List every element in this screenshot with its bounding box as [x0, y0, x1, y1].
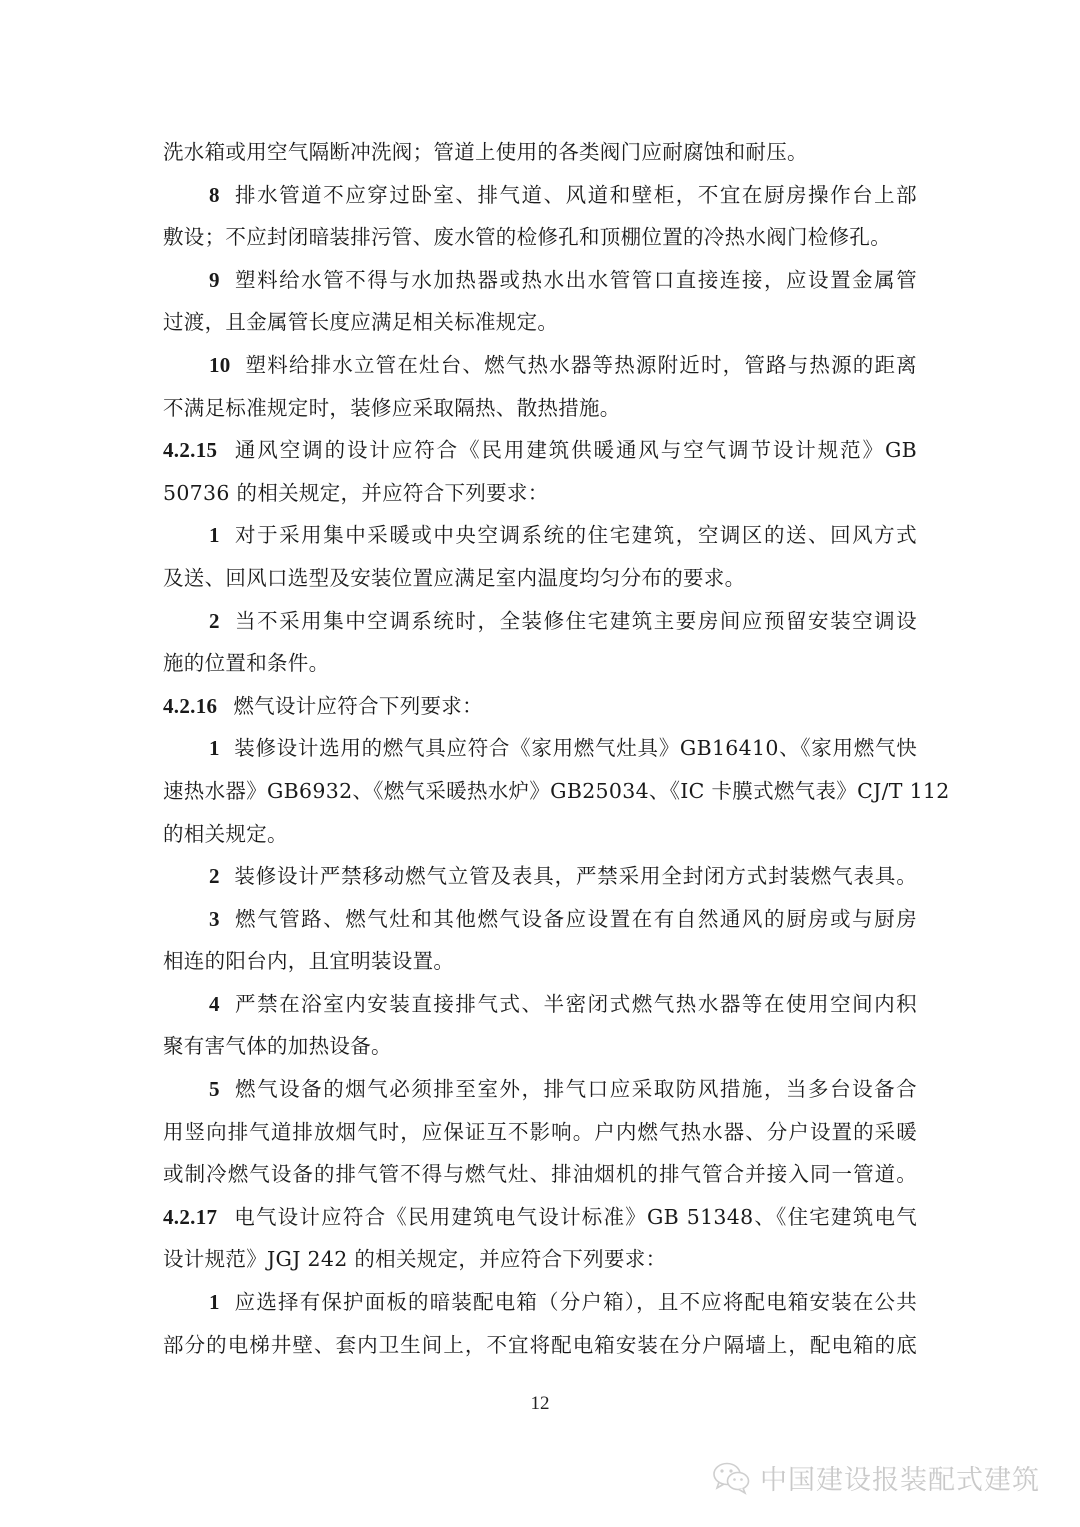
line-text: 应选择有保护面板的暗装配电箱（分户箱），且不应将配电箱安装在公共 — [234, 1290, 917, 1314]
line-text: 部分的电梯井壁、套内卫生间上，不宜将配电箱安装在分户隔墙上，配电箱的底 — [163, 1333, 917, 1357]
line-text: 排水管道不应穿过卧室、排气道、风道和壁柜，不宜在厨房操作台上部 — [234, 183, 917, 207]
line-text: 速热水器》GB6932、《燃气采暖热水炉》GB25034、《IC 卡膜式燃气表》… — [163, 779, 950, 803]
item-line: 4严禁在浴室内安装直接排气式、半密闭式燃气热水器等在使用空间内积 — [163, 983, 917, 1026]
text-line: 聚有害气体的加热设备。 — [163, 1025, 917, 1068]
watermark: 中国建设报装配式建筑 — [712, 1458, 1040, 1497]
line-text: 严禁在浴室内安装直接排气式、半密闭式燃气热水器等在使用空间内积 — [234, 992, 917, 1016]
item-number: 1 — [209, 523, 220, 547]
line-text: 不满足标准规定时，装修应采取隔热、散热措施。 — [163, 396, 621, 420]
item-line: 8排水管道不应穿过卧室、排气道、风道和壁柜，不宜在厨房操作台上部 — [163, 174, 917, 217]
item-number: 2 — [209, 609, 220, 633]
item-number: 4 — [209, 992, 220, 1016]
line-text: 装修设计严禁移动燃气立管及表具，严禁采用全封闭方式封装燃气表具。 — [234, 864, 917, 888]
line-text: 装修设计选用的燃气具应符合《家用燃气灶具》GB16410、《家用燃气快 — [234, 736, 917, 760]
item-number: 1 — [209, 1290, 220, 1314]
item-line: 3燃气管路、燃气灶和其他燃气设备应设置在有自然通风的厨房或与厨房 — [163, 898, 917, 941]
text-line: 设计规范》JGJ 242 的相关规定，并应符合下列要求： — [163, 1238, 917, 1281]
item-line: 1对于采用集中采暖或中央空调系统的住宅建筑，空调区的送、回风方式 — [163, 514, 917, 557]
item-line: 5燃气设备的烟气必须排至室外，排气口应采取防风措施，当多台设备合 — [163, 1068, 917, 1111]
text-line: 用竖向排气道排放烟气时，应保证互不影响。户内燃气热水器、分户设置的采暖 — [163, 1111, 917, 1154]
item-number: 10 — [209, 353, 231, 377]
item-line: 9塑料给水管不得与水加热器或热水出水管管口直接连接，应设置金属管 — [163, 259, 917, 302]
item-line: 10塑料给排水立管在灶台、燃气热水器等热源附近时，管路与热源的距离 — [163, 344, 917, 387]
item-number: 1 — [209, 736, 220, 760]
line-text: 的相关规定。 — [163, 822, 288, 846]
line-text: 电气设计应符合《民用建筑电气设计标准》GB 51348、《住宅建筑电气 — [233, 1205, 917, 1229]
line-text: 燃气设计应符合下列要求： — [233, 694, 483, 718]
wechat-icon — [712, 1461, 752, 1495]
text-line: 不满足标准规定时，装修应采取隔热、散热措施。 — [163, 387, 917, 430]
line-text: 敷设；不应封闭暗装排污管、废水管的检修孔和顶棚位置的冷热水阀门检修孔。 — [163, 225, 891, 249]
line-text: 及送、回风口选型及安装位置应满足室内温度均匀分布的要求。 — [163, 566, 745, 590]
line-text: 施的位置和条件。 — [163, 651, 329, 675]
text-line: 过渡，且金属管长度应满足相关标准规定。 — [163, 301, 917, 344]
clause-line: 4.2.15通风空调的设计应符合《民用建筑供暖通风与空气调节设计规范》GB — [163, 429, 917, 472]
text-line: 或制冷燃气设备的排气管不得与燃气灶、排油烟机的排气管合并接入同一管道。 — [163, 1153, 917, 1196]
line-text: 洗水箱或用空气隔断冲洗阀；管道上使用的各类阀门应耐腐蚀和耐压。 — [163, 140, 808, 164]
line-text: 用竖向排气道排放烟气时，应保证互不影响。户内燃气热水器、分户设置的采暖 — [163, 1120, 917, 1144]
item-line: 2装修设计严禁移动燃气立管及表具，严禁采用全封闭方式封装燃气表具。 — [163, 855, 917, 898]
text-line: 洗水箱或用空气隔断冲洗阀；管道上使用的各类阀门应耐腐蚀和耐压。 — [163, 131, 917, 174]
line-text: 聚有害气体的加热设备。 — [163, 1034, 392, 1058]
clause-number: 4.2.17 — [163, 1205, 217, 1229]
text-line: 相连的阳台内，且宜明装设置。 — [163, 940, 917, 983]
document-body: 洗水箱或用空气隔断冲洗阀；管道上使用的各类阀门应耐腐蚀和耐压。8排水管道不应穿过… — [163, 131, 917, 1366]
clause-number: 4.2.16 — [163, 694, 217, 718]
line-text: 塑料给排水立管在灶台、燃气热水器等热源附近时，管路与热源的距离 — [245, 353, 917, 377]
item-number: 2 — [209, 864, 220, 888]
line-text: 过渡，且金属管长度应满足相关标准规定。 — [163, 310, 558, 334]
item-line: 1应选择有保护面板的暗装配电箱（分户箱），且不应将配电箱安装在公共 — [163, 1281, 917, 1324]
text-line: 50736 的相关规定，并应符合下列要求： — [163, 472, 917, 515]
item-number: 3 — [209, 907, 220, 931]
line-text: 50736 的相关规定，并应符合下列要求： — [163, 481, 549, 505]
line-text: 燃气管路、燃气灶和其他燃气设备应设置在有自然通风的厨房或与厨房 — [234, 907, 917, 931]
line-text: 塑料给水管不得与水加热器或热水出水管管口直接连接，应设置金属管 — [234, 268, 917, 292]
line-text: 设计规范》JGJ 242 的相关规定，并应符合下列要求： — [163, 1247, 666, 1271]
item-line: 1装修设计选用的燃气具应符合《家用燃气灶具》GB16410、《家用燃气快 — [163, 727, 917, 770]
line-text: 或制冷燃气设备的排气管不得与燃气灶、排油烟机的排气管合并接入同一管道。 — [163, 1162, 917, 1186]
item-number: 9 — [209, 268, 220, 292]
line-text: 相连的阳台内，且宜明装设置。 — [163, 949, 454, 973]
text-line: 敷设；不应封闭暗装排污管、废水管的检修孔和顶棚位置的冷热水阀门检修孔。 — [163, 216, 917, 259]
line-text: 对于采用集中采暖或中央空调系统的住宅建筑，空调区的送、回风方式 — [234, 523, 917, 547]
text-line: 速热水器》GB6932、《燃气采暖热水炉》GB25034、《IC 卡膜式燃气表》… — [163, 770, 917, 813]
page-number: 12 — [0, 1393, 1080, 1415]
clause-number: 4.2.15 — [163, 438, 217, 462]
clause-line: 4.2.17电气设计应符合《民用建筑电气设计标准》GB 51348、《住宅建筑电… — [163, 1196, 917, 1239]
item-line: 2当不采用集中空调系统时，全装修住宅建筑主要房间应预留安装空调设 — [163, 600, 917, 643]
item-number: 5 — [209, 1077, 220, 1101]
line-text: 通风空调的设计应符合《民用建筑供暖通风与空气调节设计规范》GB — [233, 438, 917, 462]
text-line: 及送、回风口选型及安装位置应满足室内温度均匀分布的要求。 — [163, 557, 917, 600]
item-number: 8 — [209, 183, 220, 207]
text-line: 的相关规定。 — [163, 813, 917, 856]
text-line: 施的位置和条件。 — [163, 642, 917, 685]
line-text: 燃气设备的烟气必须排至室外，排气口应采取防风措施，当多台设备合 — [234, 1077, 917, 1101]
watermark-text: 中国建设报装配式建筑 — [760, 1458, 1040, 1497]
clause-line: 4.2.16燃气设计应符合下列要求： — [163, 685, 917, 728]
text-line: 部分的电梯井壁、套内卫生间上，不宜将配电箱安装在分户隔墙上，配电箱的底 — [163, 1324, 917, 1367]
line-text: 当不采用集中空调系统时，全装修住宅建筑主要房间应预留安装空调设 — [234, 609, 917, 633]
